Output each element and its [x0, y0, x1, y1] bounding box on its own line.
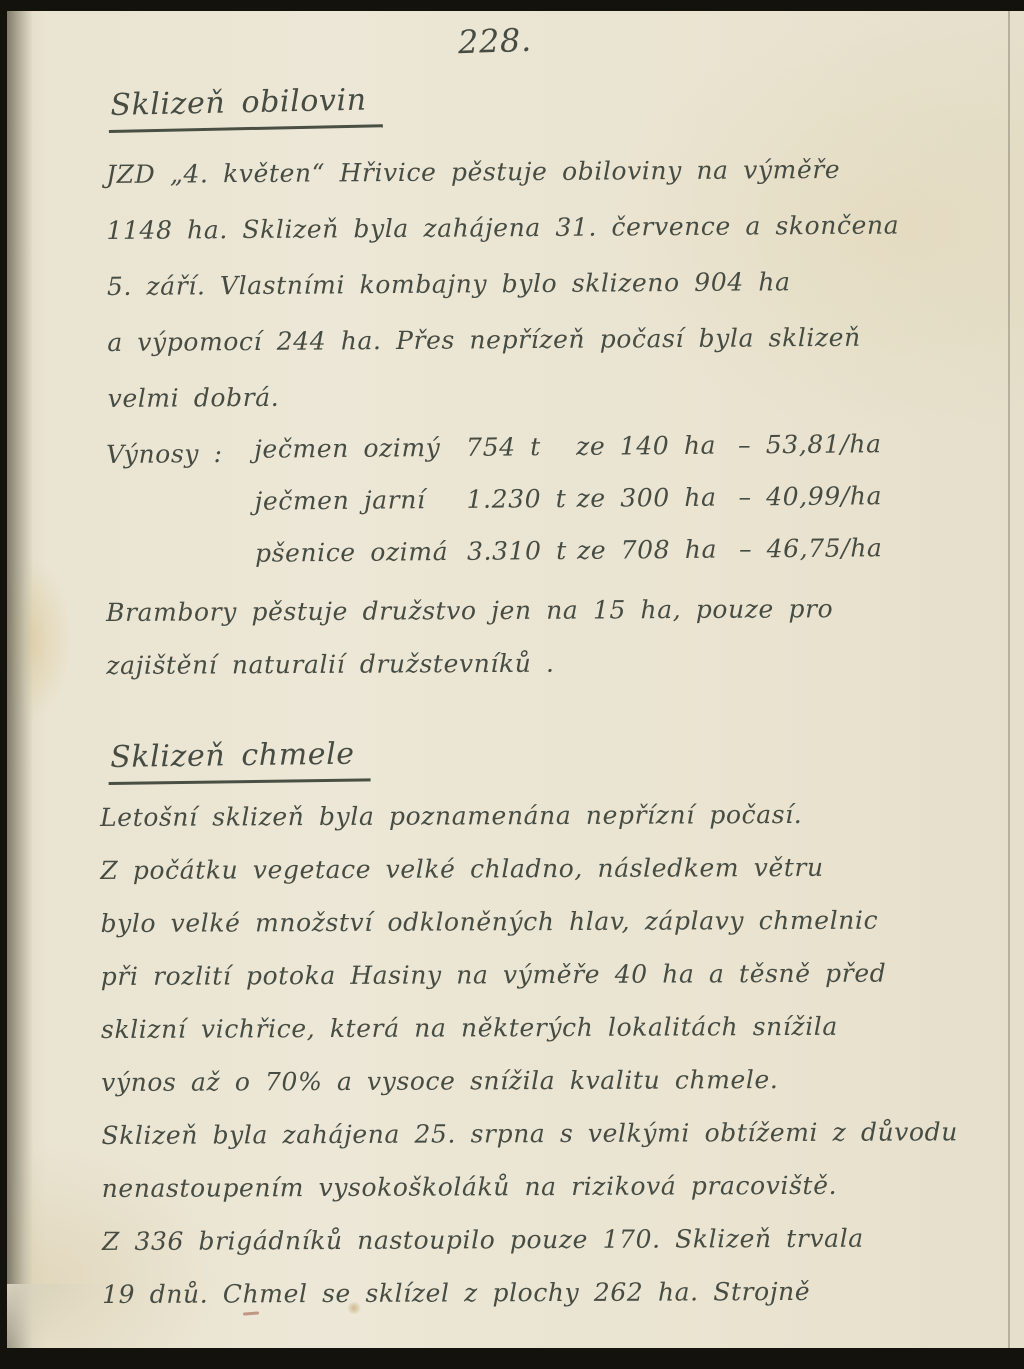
yield-amount: 1.230 t: [466, 484, 576, 537]
yields-label: Výnosy :: [106, 439, 223, 469]
paragraph-obiloviny: JZD „4. květen“ Hřivice pěstuje obilovin…: [106, 154, 901, 440]
yield-per-ha: – 40,99/ha: [738, 481, 882, 534]
text-line: a výpomocí 244 ha. Přes nepřízeň počasí …: [107, 322, 900, 384]
yield-crop: ječmen ozimý: [254, 433, 466, 487]
text-line: výnos až o 70% a vysoce snížila kvalitu …: [101, 1064, 958, 1121]
text-line: zajištění naturalií družstevníků .: [106, 647, 833, 704]
text-line: Z počátku vegetace velké chladno, násled…: [100, 852, 957, 909]
yield-amount: 3.310 t: [467, 536, 577, 589]
page-crease: [1008, 11, 1010, 1348]
text-line: Letošní sklizeň byla poznamenána nepřízn…: [100, 799, 957, 856]
yield-amount: 754 t: [466, 432, 576, 485]
yield-area: ze 300 ha: [576, 482, 738, 535]
heading-sklizen-obilovin: Sklizeň obilovin: [108, 82, 383, 133]
yield-crop: ječmen jarní: [254, 485, 466, 539]
text-line: 1148 ha. Sklizeň byla zahájena 31. červe…: [106, 210, 899, 272]
text-line: 19 dnů. Chmel se sklízel z plochy 262 ha…: [102, 1276, 959, 1333]
scanned-chronicle-page: 228. Sklizeň obilovin JZD „4. květen“ Hř…: [0, 0, 1024, 1369]
yield-area: ze 708 ha: [577, 534, 739, 587]
yield-per-ha: – 46,75/ha: [739, 533, 883, 586]
text-line: nenastoupením vysokoškoláků na riziková …: [102, 1170, 959, 1227]
text-line: při rozlití potoka Hasiny na výměře 40 h…: [101, 958, 958, 1015]
text-line: 5. září. Vlastními kombajny bylo sklizen…: [107, 266, 900, 328]
text-line: Brambory pěstuje družstvo jen na 15 ha, …: [106, 594, 833, 651]
text-line: sklizní vichřice, která na některých lok…: [101, 1011, 958, 1068]
page-number: 228.: [457, 21, 532, 62]
yields-block: Výnosy : ječmen ozimý 754 t ze 140 ha – …: [106, 429, 883, 592]
text-line: JZD „4. květen“ Hřivice pěstuje obilovin…: [106, 154, 899, 216]
yield-per-ha: – 53,81/ha: [738, 429, 882, 482]
yield-crop: pšenice ozimá: [255, 537, 467, 591]
text-line: Z 336 brigádníků nastoupilo pouze 170. S…: [102, 1223, 959, 1280]
book-spine-edge: [7, 11, 33, 1348]
heading-sklizen-chmele: Sklizeň chmele: [108, 736, 371, 785]
text-line: bylo velké množství odkloněných hlav, zá…: [100, 905, 957, 962]
yield-row: ječmen jarní 1.230 t ze 300 ha – 40,99/h…: [106, 481, 882, 540]
paragraph-chmel: Letošní sklizeň byla poznamenána nepřízn…: [100, 799, 959, 1333]
text-line: Sklizeň byla zahájena 25. srpna s velkým…: [101, 1117, 958, 1174]
paragraph-brambory: Brambory pěstuje družstvo jen na 15 ha, …: [106, 594, 834, 704]
yield-row: pšenice ozimá 3.310 t ze 708 ha – 46,75/…: [107, 533, 883, 592]
yield-area: ze 140 ha: [576, 430, 738, 483]
